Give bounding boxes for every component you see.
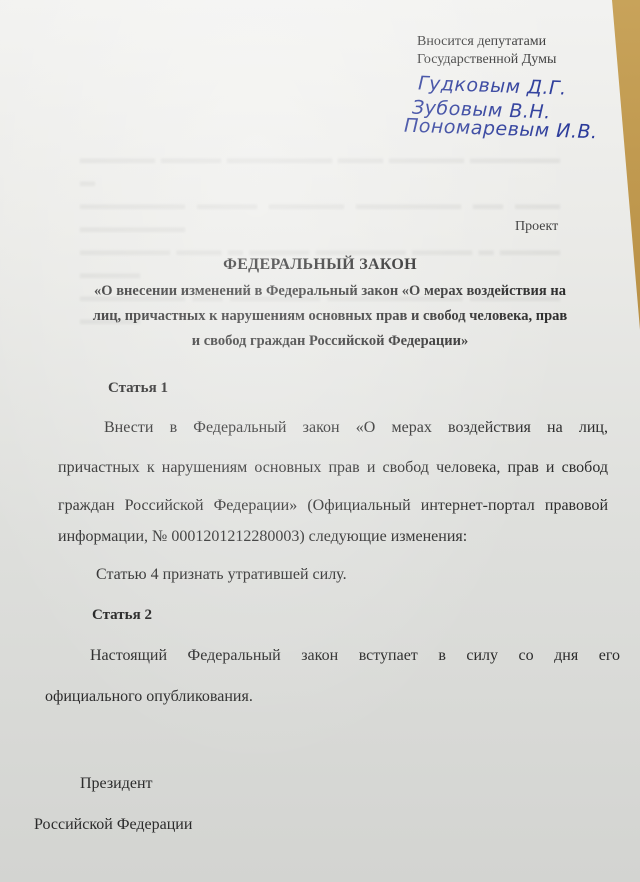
handwritten-signature-gudkov: Гудковым Д.Г. xyxy=(418,72,567,99)
article-2-line: официального опубликования. xyxy=(45,688,253,706)
article-1-line: Внести в Федеральный закон «О мерах возд… xyxy=(104,419,608,437)
article-1-line: граждан Российской Федерации» (Официальн… xyxy=(58,497,608,515)
introduced-by-line-1: Вносится депутатами xyxy=(417,33,556,51)
subtitle-line: «О внесении изменений в Федеральный зако… xyxy=(70,279,590,304)
article-1-heading: Статья 1 xyxy=(108,380,168,397)
article-1-line: причастных к нарушениям основных прав и … xyxy=(58,459,608,477)
signatory-title-line-1: Президент xyxy=(80,775,153,793)
introduced-by-line-2: Государственной Думы xyxy=(417,51,556,69)
article-1-amendment: Статью 4 признать утратившей силу. xyxy=(96,566,347,584)
document-subtitle: «О внесении изменений в Федеральный зако… xyxy=(70,279,590,354)
subtitle-line: лиц, причастных к нарушениям основных пр… xyxy=(70,304,590,329)
subtitle-line: и свобод граждан Российской Федерации» xyxy=(70,329,590,354)
handwritten-signature-ponomarev: Пономаревым И.В. xyxy=(404,115,598,144)
document-title: ФЕДЕРАЛЬНЫЙ ЗАКОН xyxy=(0,256,640,274)
article-2-heading: Статья 2 xyxy=(92,607,152,624)
article-1-line: информации, № 0001201212280003) следующи… xyxy=(58,528,467,546)
article-2-line: Настоящий Федеральный закон вступает в с… xyxy=(90,647,620,665)
signatory-title-line-2: Российской Федерации xyxy=(34,816,192,834)
project-label: Проект xyxy=(515,219,558,235)
document-page: ▬▬▬▬▬ ▬▬▬▬ ▬▬▬▬▬▬▬ ▬▬▬ ▬▬▬▬▬ ▬▬▬▬▬▬ ▬ ▬▬… xyxy=(0,0,640,882)
introduced-by-block: Вносится депутатами Государственной Думы xyxy=(417,33,556,69)
